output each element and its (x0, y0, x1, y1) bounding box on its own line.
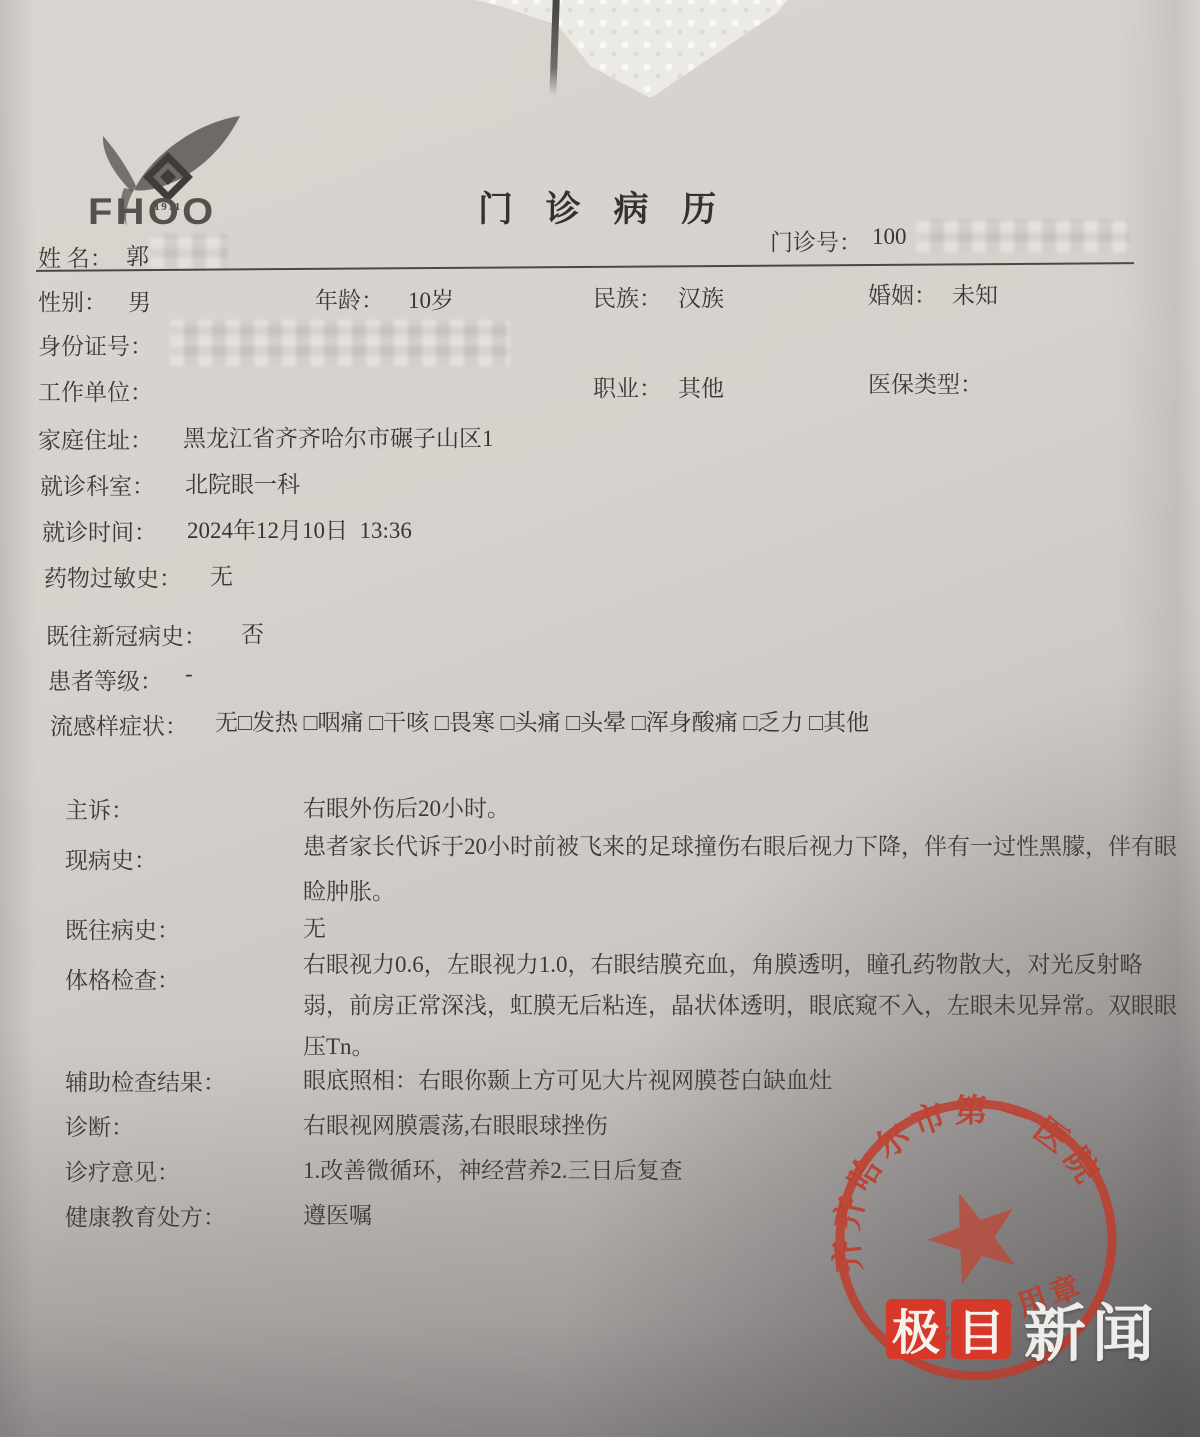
medical-record-photo: 1911 FHOO 门 诊 病 历 门诊号： 100 姓 名： 郭 性别： 男 … (0, 0, 1200, 1437)
department-value: 北院眼一科 (185, 466, 300, 499)
address-value: 黑龙江省齐齐哈尔市碾子山区1 (183, 420, 494, 453)
work-label: 工作单位： (38, 374, 153, 407)
visit-time-label: 就诊时间： (42, 514, 157, 547)
hospital-logo-text: FHOO (88, 191, 216, 233)
auxiliary-exam-label: 辅助检查结果： (65, 1064, 226, 1097)
physical-exam-value: 右眼视力0.6，左眼视力1.0，右眼结膜充血，角膜透明，瞳孔药物散大，对光反射略… (303, 944, 1181, 1067)
redaction-blur-outpatient-no (916, 220, 1130, 252)
present-illness-value: 患者家长代诉于20小时前被飞来的足球撞伤右眼后视力下降，伴有一过性黑朦，伴有眼睑… (303, 824, 1181, 914)
marriage-label: 婚姻： (868, 277, 937, 310)
past-history-label: 既往病史： (65, 912, 180, 945)
insurance-label: 医保类型： (868, 366, 983, 399)
physical-exam-label: 体格检查： (65, 962, 180, 995)
present-illness-label: 现病史： (65, 842, 157, 875)
ethnicity-value: 汉族 (678, 280, 724, 313)
ethnicity-label: 民族： (593, 280, 662, 313)
name-value: 郭 (126, 238, 149, 271)
watermark-text: 新闻 (1024, 1284, 1160, 1373)
outpatient-no-label: 门诊号： (770, 224, 862, 257)
flu-symptoms-value: 无□发热 □咽痛 □干咳 □畏寒 □头痛 □头晕 □浑身酸痛 □乏力 □其他 (215, 704, 1175, 737)
occupation-label: 职业： (593, 370, 662, 403)
occupation-value: 其他 (678, 370, 724, 403)
allergy-value: 无 (210, 558, 233, 591)
diagnosis-label: 诊断： (65, 1109, 134, 1142)
marriage-value: 未知 (952, 277, 998, 310)
address-label: 家庭住址： (38, 422, 153, 455)
seal-star-icon (916, 1177, 1031, 1290)
chief-complaint-label: 主诉： (65, 792, 134, 825)
bubble-wrap (420, 0, 792, 98)
patient-grade-label: 患者等级： (48, 663, 163, 696)
name-label: 姓 名： (38, 240, 113, 273)
age-label: 年龄： (315, 282, 384, 315)
redaction-blur-id (170, 320, 510, 366)
watermark-block-1: 极 (886, 1299, 946, 1359)
outpatient-no-value: 100 (872, 224, 907, 250)
treatment-advice-label: 诊疗意见： (65, 1154, 180, 1187)
health-education-label: 健康教育处方： (65, 1199, 226, 1232)
department-label: 就诊科室： (40, 468, 155, 501)
gender-label: 性别： (38, 284, 107, 317)
gender-value: 男 (128, 284, 151, 317)
flu-symptoms-label: 流感样症状： (50, 708, 188, 741)
covid-history-label: 既往新冠病史： (46, 618, 207, 651)
patient-grade-value: - (185, 661, 193, 687)
allergy-label: 药物过敏史： (44, 560, 182, 593)
jimu-news-watermark: 极 目 新闻 (886, 1284, 1160, 1373)
watermark-block-2: 目 (951, 1299, 1011, 1359)
visit-time-value: 2024年12月10日 13:36 (187, 512, 412, 545)
age-value: 10岁 (408, 282, 454, 315)
id-label: 身份证号： (38, 328, 153, 361)
covid-history-value: 否 (241, 616, 264, 649)
redaction-blur-name (150, 234, 228, 268)
page-title: 门 诊 病 历 (478, 182, 728, 232)
